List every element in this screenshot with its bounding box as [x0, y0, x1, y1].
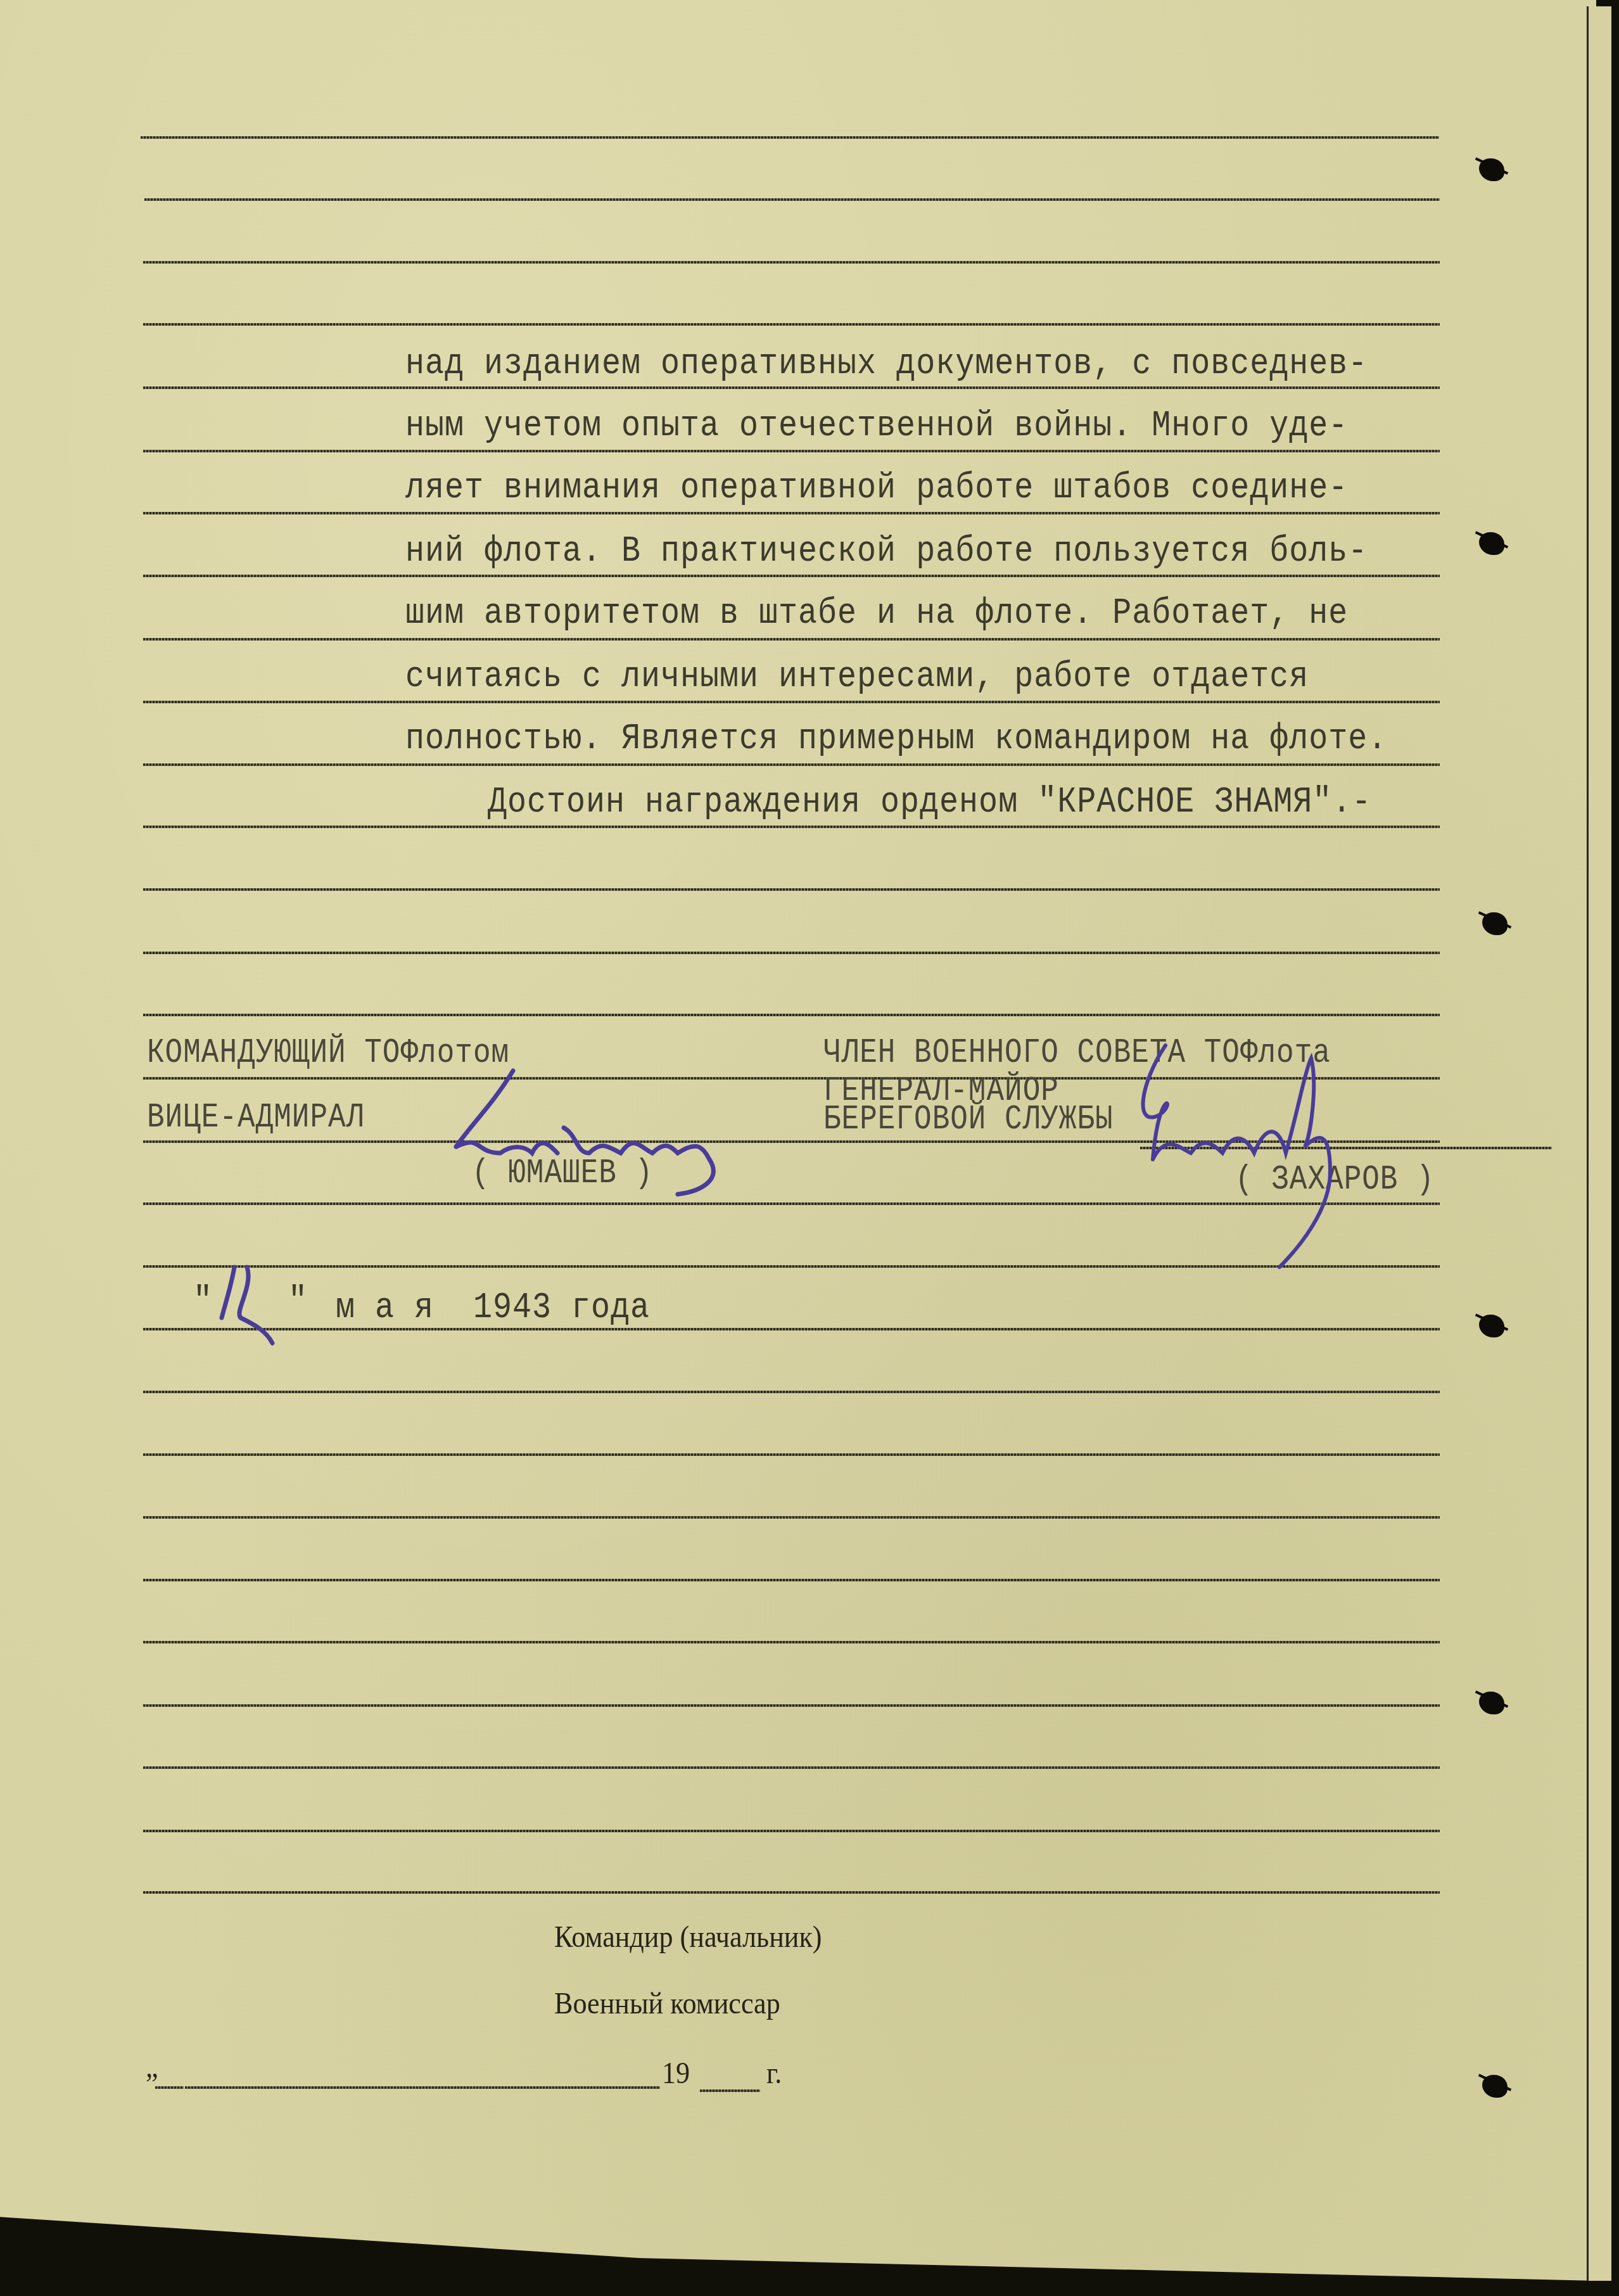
handwritten-signature-icon [1140, 1033, 1444, 1273]
text-line: над изданием оперативных документов, с п… [405, 343, 1368, 385]
signer-service: БЕРЕГОВОЙ СЛУЖБЫ [823, 1100, 1114, 1138]
text-line: полностью. Является примерным командиром… [405, 718, 1387, 760]
date-template-year: 19 [662, 2056, 690, 2091]
text-line: ляет внимания оперативной работе штабов … [405, 467, 1348, 509]
date-template-quote: „ [146, 2050, 158, 2084]
date-close-quote: " [288, 1280, 308, 1322]
page-edge [1587, 6, 1611, 2281]
text-line: ным учетом опыта отечественной войны. Мн… [405, 405, 1348, 447]
commissar-label: Военный комиссар [554, 1986, 780, 2021]
date-template-suffix: г. [766, 2056, 782, 2091]
text-line: шим авторитетом в штабе и на флоте. Рабо… [405, 592, 1348, 634]
text-line: считаясь с личными интересами, работе от… [405, 656, 1309, 698]
handwritten-day-icon [215, 1261, 298, 1349]
handwritten-signature-icon [431, 1058, 760, 1197]
date-month-year: м а я 1943 года [336, 1287, 650, 1329]
text-line: ний флота. В практической работе пользуе… [405, 530, 1368, 572]
date-open-quote: " [193, 1280, 213, 1322]
signer-rank: ВИЦЕ-АДМИРАЛ [147, 1099, 364, 1137]
commander-label: Командир (начальник) [554, 1920, 822, 1955]
award-conclusion: Достоин награждения орденом "КРАСНОЕ ЗНА… [488, 781, 1371, 823]
